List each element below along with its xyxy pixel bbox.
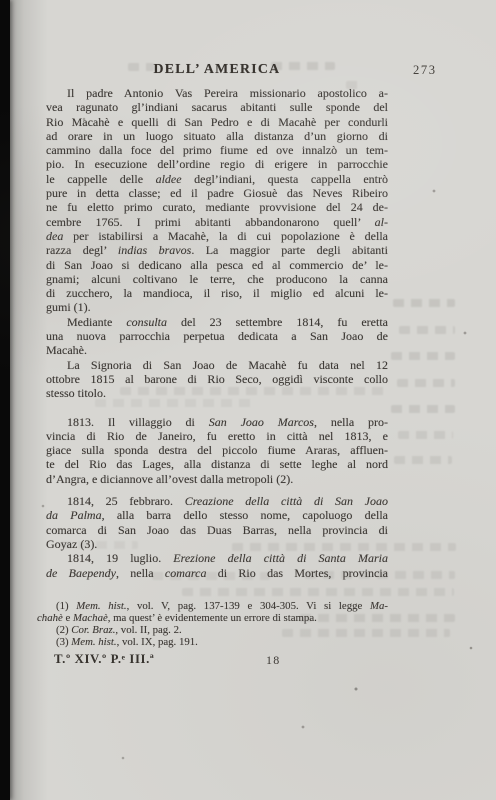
text-line: ne fu eletto primo curato, mediante prov…: [46, 200, 388, 214]
showthrough-line: [394, 456, 452, 464]
text-line: de Baependy, nella comarca di Rio das Mo…: [46, 566, 388, 580]
footnote-line: (2) Cor. Braz., vol. II, pag. 2.: [37, 625, 388, 637]
text-line: di San Joao si dedicano alla pesca ed al…: [46, 258, 388, 272]
text-line: Il padre Antonio Vas Pereira missionario…: [46, 86, 388, 100]
text-line: te del Rio das Lages, alla distanza di s…: [46, 457, 388, 471]
text-line: di zucchero, la mandioca, il riso, il mi…: [46, 286, 388, 300]
text-line: Macahè.: [46, 343, 388, 357]
showthrough-line: [397, 379, 455, 387]
paragraph: 1814, 25 febbraro. Creazione della città…: [46, 494, 388, 551]
showthrough-line: [391, 352, 455, 360]
text-line: cembre 1765. I primi abitanti abbandonar…: [46, 215, 388, 229]
footnote-line: (3) Mem. hist., vol. IX, pag. 191.: [37, 637, 388, 649]
text-line: gumi (1).: [46, 300, 388, 314]
showthrough-line: [391, 405, 455, 413]
text-line: comarca di San Joao das Duas Barras, nel…: [46, 523, 388, 537]
page-body: Il padre Antonio Vas Pereira missionario…: [46, 86, 388, 580]
text-line: vincia di Rio de Janeiro, fu eretto in c…: [46, 429, 388, 443]
showthrough-line: [399, 326, 455, 334]
text-line: 1813. Il villaggio di San Joao Marcos, n…: [46, 415, 388, 429]
text-line: cammino dalla foce del primo fiume ed ov…: [46, 143, 388, 157]
text-line: pure in detta classe; ed il padre Giosuè…: [46, 186, 388, 200]
paragraph: 1813. Il villaggio di San Joao Marcos, n…: [46, 415, 388, 486]
text-line: da Palma, alla barra dello stesso nome, …: [46, 508, 388, 522]
text-line: stesso titolo.: [46, 386, 388, 400]
text-line: le cappelle delle aldee degl’indiani, qu…: [46, 172, 388, 186]
showthrough-line: [182, 588, 454, 596]
text-line: Goyaz (3).: [46, 537, 388, 551]
text-line: La Signoria di San Joao de Macahè fu dat…: [46, 358, 388, 372]
text-line: ottobre 1815 al barone di Rio Seco, oggi…: [46, 372, 388, 386]
paragraph: Mediante consulta del 23 settembre 1814,…: [46, 315, 388, 358]
text-line: 1814, 25 febbraro. Creazione della città…: [46, 494, 388, 508]
text-line: Rio Macahè e quelli di San Pedro e di Ma…: [46, 115, 388, 129]
showthrough-line: [398, 431, 453, 439]
text-line: gnami; alcuni coltivano le terre, che pr…: [46, 272, 388, 286]
paragraph: La Signoria di San Joao de Macahè fu dat…: [46, 358, 388, 401]
sheet-number: 18: [266, 653, 280, 668]
text-line: vea ragunato gl’indiani sacarus abitanti…: [46, 100, 388, 114]
text-line: giace sulla sponda destra del piccolo fi…: [46, 443, 388, 457]
text-line: d’Angra, e diciannove all’ovest dalla me…: [46, 472, 388, 486]
showthrough-line: [393, 299, 455, 307]
text-line: dea per istabilirsi a Macahè, la di cui …: [46, 229, 388, 243]
footnote-line: chahè e Machaè, ma quest’ è evidentement…: [37, 613, 388, 625]
text-line: Mediante consulta del 23 settembre 1814,…: [46, 315, 388, 329]
text-line: ad orare in un luogo situato alla distan…: [46, 129, 388, 143]
text-line: pio. In esecuzione dell’ordine regio di …: [46, 157, 388, 171]
text-line: una nuova parrocchia perpetua dedicata a…: [46, 329, 388, 343]
page-number: 273: [413, 63, 437, 78]
paragraph: 1814, 19 luglio. Erezione della città di…: [46, 551, 388, 580]
running-head: DELL’ AMERICA: [46, 61, 388, 77]
volume-signature: T.º XIV.º P.ᵉ III.ª: [46, 652, 154, 666]
signature-line: T.º XIV.º P.ᵉ III.ª 18: [46, 652, 388, 667]
text-line: razza degl’ indias bravos. La maggior pa…: [46, 243, 388, 257]
paragraph: Il padre Antonio Vas Pereira missionario…: [46, 86, 388, 315]
footnote-line: (1) Mem. hist., vol. V, pag. 137-139 e 3…: [37, 601, 388, 613]
text-line: 1814, 19 luglio. Erezione della città di…: [46, 551, 388, 565]
footnotes: (1) Mem. hist., vol. V, pag. 137-139 e 3…: [37, 601, 388, 649]
book-page-scan: DELL’ AMERICA 273 Il padre Antonio Vas P…: [0, 0, 496, 800]
scan-gutter-edge: [0, 0, 10, 800]
